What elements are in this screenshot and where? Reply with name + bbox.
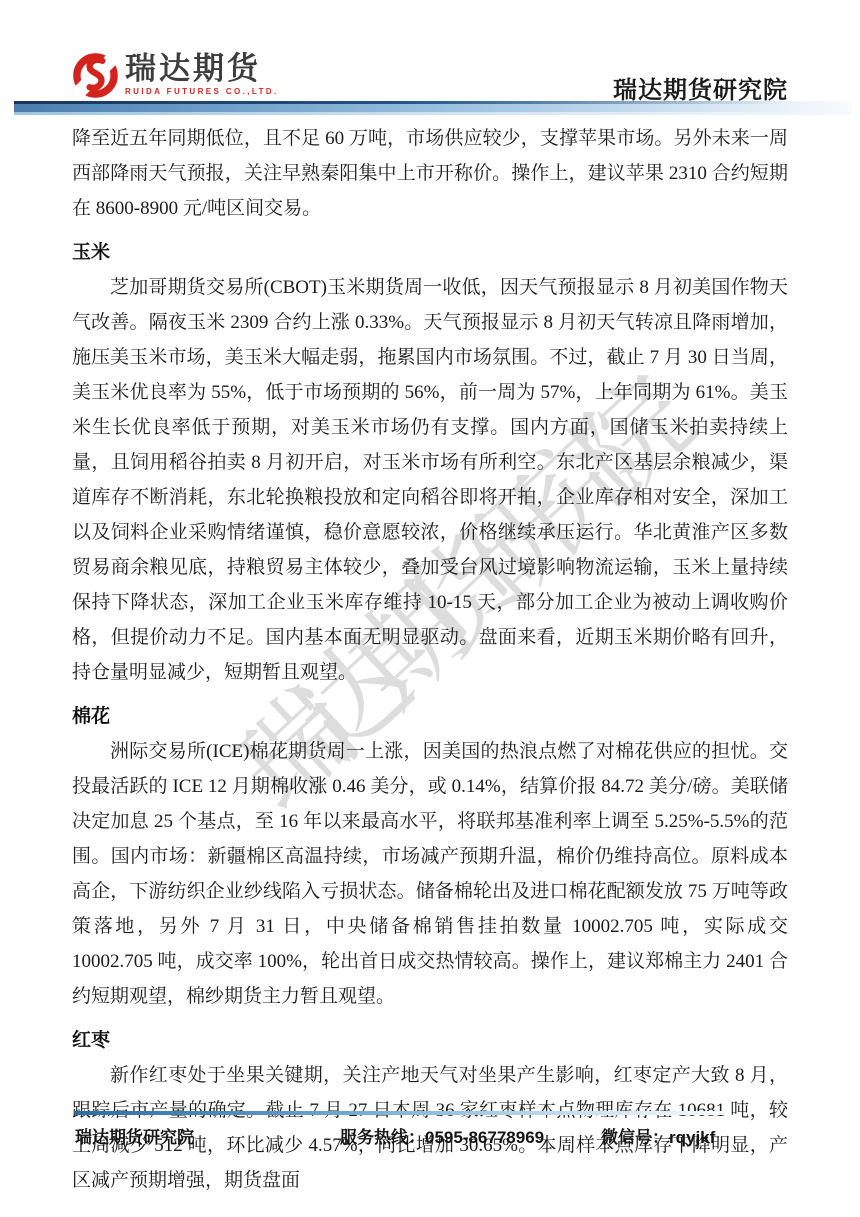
ruida-logo-icon: [72, 52, 119, 99]
footer-wechat-label: 微信号：: [601, 1128, 669, 1147]
footer-hotline-number: 0595-86778969: [425, 1128, 544, 1147]
footer-divider: [75, 1111, 725, 1115]
section-heading-cotton: 棉花: [72, 699, 788, 734]
header-title: 瑞达期货研究院: [613, 70, 788, 105]
section-heading-corn: 玉米: [72, 235, 788, 270]
page-header: 瑞达期货 RUIDA FUTURES CO.,LTD. 瑞达期货研究院: [0, 0, 860, 101]
logo-text: 瑞达期货 RUIDA FUTURES CO.,LTD.: [125, 52, 279, 96]
paragraph-corn: 芝加哥期货交易所(CBOT)玉米期货周一收低，因天气预报显示 8 月初美国作物天…: [72, 270, 788, 690]
company-logo: 瑞达期货 RUIDA FUTURES CO.,LTD.: [72, 52, 279, 99]
footer-hotline: 服务热线：0595-86778969: [340, 1123, 544, 1148]
footer-wechat: 微信号：rqyjkf: [601, 1123, 715, 1148]
report-body: 降至近五年同期低位，且不足 60 万吨，市场供应较少，支撑苹果市场。另外未来一周…: [72, 121, 788, 1198]
footer-row: 瑞达期货研究院 服务热线：0595-86778969 微信号：rqyjkf: [0, 1123, 860, 1147]
paragraph-cotton: 洲际交易所(ICE)棉花期货周一上涨，因美国的热浪点燃了对棉花供应的担忧。交投最…: [72, 734, 788, 1014]
header-divider: [14, 101, 852, 115]
logo-company-name: 瑞达期货: [125, 52, 279, 86]
footer-wechat-id: rqyjkf: [669, 1128, 715, 1147]
paragraph-apple-continued: 降至近五年同期低位，且不足 60 万吨，市场供应较少，支撑苹果市场。另外未来一周…: [72, 121, 788, 226]
logo-company-name-en: RUIDA FUTURES CO.,LTD.: [125, 87, 279, 96]
footer-hotline-label: 服务热线：: [340, 1128, 425, 1147]
header-divider-dark-line: [14, 101, 852, 104]
footer-org: 瑞达期货研究院: [75, 1123, 194, 1148]
report-page: 瑞达期货研究院 瑞达期货 RUIDA FUTURES CO.,LTD. 瑞达期货…: [0, 0, 860, 1217]
section-heading-red-dates: 红枣: [72, 1023, 788, 1058]
